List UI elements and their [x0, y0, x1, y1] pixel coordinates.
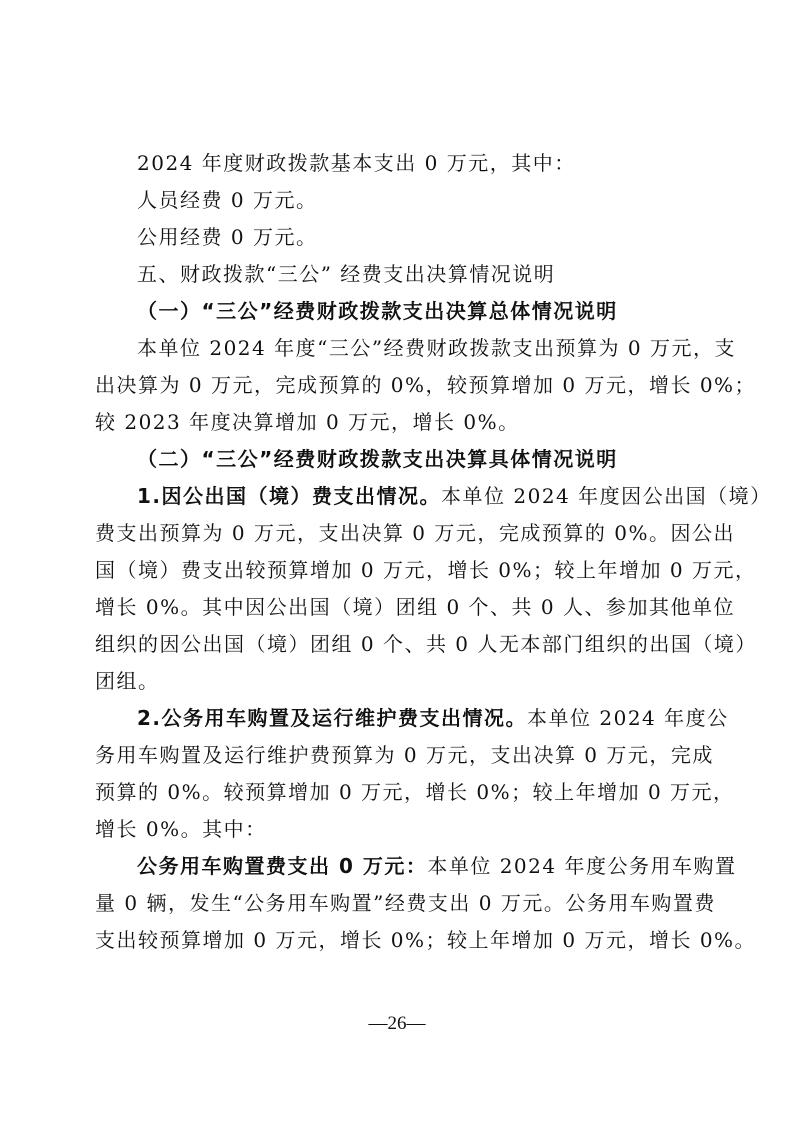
- text-lines: 2024 年度财政拨款基本支出 0 万元，其中：人员经费 0 万元。公用经费 0…: [95, 145, 697, 959]
- text-line: 2.公务用车购置及运行维护费支出情况。本单位 2024 年度公: [95, 700, 697, 737]
- body-text: 支出较预算增加 0 万元，增长 0%；较上年增加 0 万元，增长 0%。: [95, 928, 756, 952]
- text-line: 支出较预算增加 0 万元，增长 0%；较上年增加 0 万元，增长 0%。: [95, 922, 697, 959]
- body-text: 团组。: [95, 669, 160, 693]
- text-line: 组织的因公出国（境）团组 0 个、共 0 人无本部门组织的出国（境）: [95, 626, 697, 663]
- text-line: 增长 0%。其中：: [95, 811, 697, 848]
- text-line: 公务用车购置费支出 0 万元：本单位 2024 年度公务用车购置: [95, 848, 697, 885]
- text-line: 本单位 2024 年度“三公”经费财政拨款支出预算为 0 万元，支: [95, 330, 697, 367]
- text-line: 2024 年度财政拨款基本支出 0 万元，其中：: [95, 145, 697, 182]
- text-line: （一）“三公”经费财政拨款支出决算总体情况说明: [95, 293, 697, 330]
- page-number: —26—: [0, 1013, 794, 1035]
- body-text: 本单位 2024 年度“三公”经费财政拨款支出预算为 0 万元，支: [137, 336, 736, 360]
- body-text: 预算的 0%。较预算增加 0 万元，增长 0%；较上年增加 0 万元，: [95, 780, 735, 804]
- text-line: 五、财政拨款“三公” 经费支出决算情况说明: [95, 256, 697, 293]
- body-text: 人员经费 0 万元。: [137, 188, 317, 212]
- text-line: 预算的 0%。较预算增加 0 万元，增长 0%；较上年增加 0 万元，: [95, 774, 697, 811]
- text-line: 较 2023 年度决算增加 0 万元，增长 0%。: [95, 404, 697, 441]
- text-line: 团组。: [95, 663, 697, 700]
- body-text: 公用经费 0 万元。: [137, 225, 317, 249]
- body-text: 本单位 2024 年度因公出国（境）: [441, 484, 772, 508]
- body-text: 出决算为 0 万元，完成预算的 0%，较预算增加 0 万元，增长 0%；: [95, 373, 756, 397]
- body-text: 五、财政拨款“三公” 经费支出决算情况说明: [137, 262, 555, 286]
- body-text: 本单位 2024 年度公务用车购置: [427, 854, 736, 878]
- text-line: 公用经费 0 万元。: [95, 219, 697, 256]
- body-text: 务用车购置及运行维护费预算为 0 万元，支出决算 0 万元，完成: [95, 743, 714, 767]
- document-body: 2024 年度财政拨款基本支出 0 万元，其中：人员经费 0 万元。公用经费 0…: [95, 145, 697, 959]
- body-text: 量 0 辆，发生“公务用车购置”经费支出 0 万元。公务用车购置费: [95, 891, 716, 915]
- text-line: 国（境）费支出较预算增加 0 万元，增长 0%；较上年增加 0 万元，: [95, 552, 697, 589]
- bold-text: （二）“三公”经费财政拨款支出决算具体情况说明: [137, 447, 618, 471]
- body-text: 费支出预算为 0 万元，支出决算 0 万元，完成预算的 0%。因公出: [95, 521, 735, 545]
- text-line: 务用车购置及运行维护费预算为 0 万元，支出决算 0 万元，完成: [95, 737, 697, 774]
- text-line: （二）“三公”经费财政拨款支出决算具体情况说明: [95, 441, 697, 478]
- text-line: 人员经费 0 万元。: [95, 182, 697, 219]
- text-line: 增长 0%。其中因公出国（境）团组 0 个、共 0 人、参加其他单位: [95, 589, 697, 626]
- body-text: 增长 0%。其中：: [95, 817, 267, 841]
- body-text: 国（境）费支出较预算增加 0 万元，增长 0%；较上年增加 0 万元，: [95, 558, 756, 582]
- body-text: 增长 0%。其中因公出国（境）团组 0 个、共 0 人、参加其他单位: [95, 595, 735, 619]
- bold-text: 2.公务用车购置及运行维护费支出情况。: [137, 706, 527, 730]
- text-line: 费支出预算为 0 万元，支出决算 0 万元，完成预算的 0%。因公出: [95, 515, 697, 552]
- bold-text: 公务用车购置费支出 0 万元：: [137, 854, 427, 878]
- body-text: 2024 年度财政拨款基本支出 0 万元，其中：: [137, 151, 576, 175]
- body-text: 组织的因公出国（境）团组 0 个、共 0 人无本部门组织的出国（境）: [95, 632, 757, 656]
- bold-text: 1.因公出国（境）费支出情况。: [137, 484, 441, 508]
- text-line: 量 0 辆，发生“公务用车购置”经费支出 0 万元。公务用车购置费: [95, 885, 697, 922]
- text-line: 出决算为 0 万元，完成预算的 0%，较预算增加 0 万元，增长 0%；: [95, 367, 697, 404]
- body-text: 较 2023 年度决算增加 0 万元，增长 0%。: [95, 410, 520, 434]
- bold-text: （一）“三公”经费财政拨款支出决算总体情况说明: [137, 299, 618, 323]
- text-line: 1.因公出国（境）费支出情况。本单位 2024 年度因公出国（境）: [95, 478, 697, 515]
- body-text: 本单位 2024 年度公: [527, 706, 729, 730]
